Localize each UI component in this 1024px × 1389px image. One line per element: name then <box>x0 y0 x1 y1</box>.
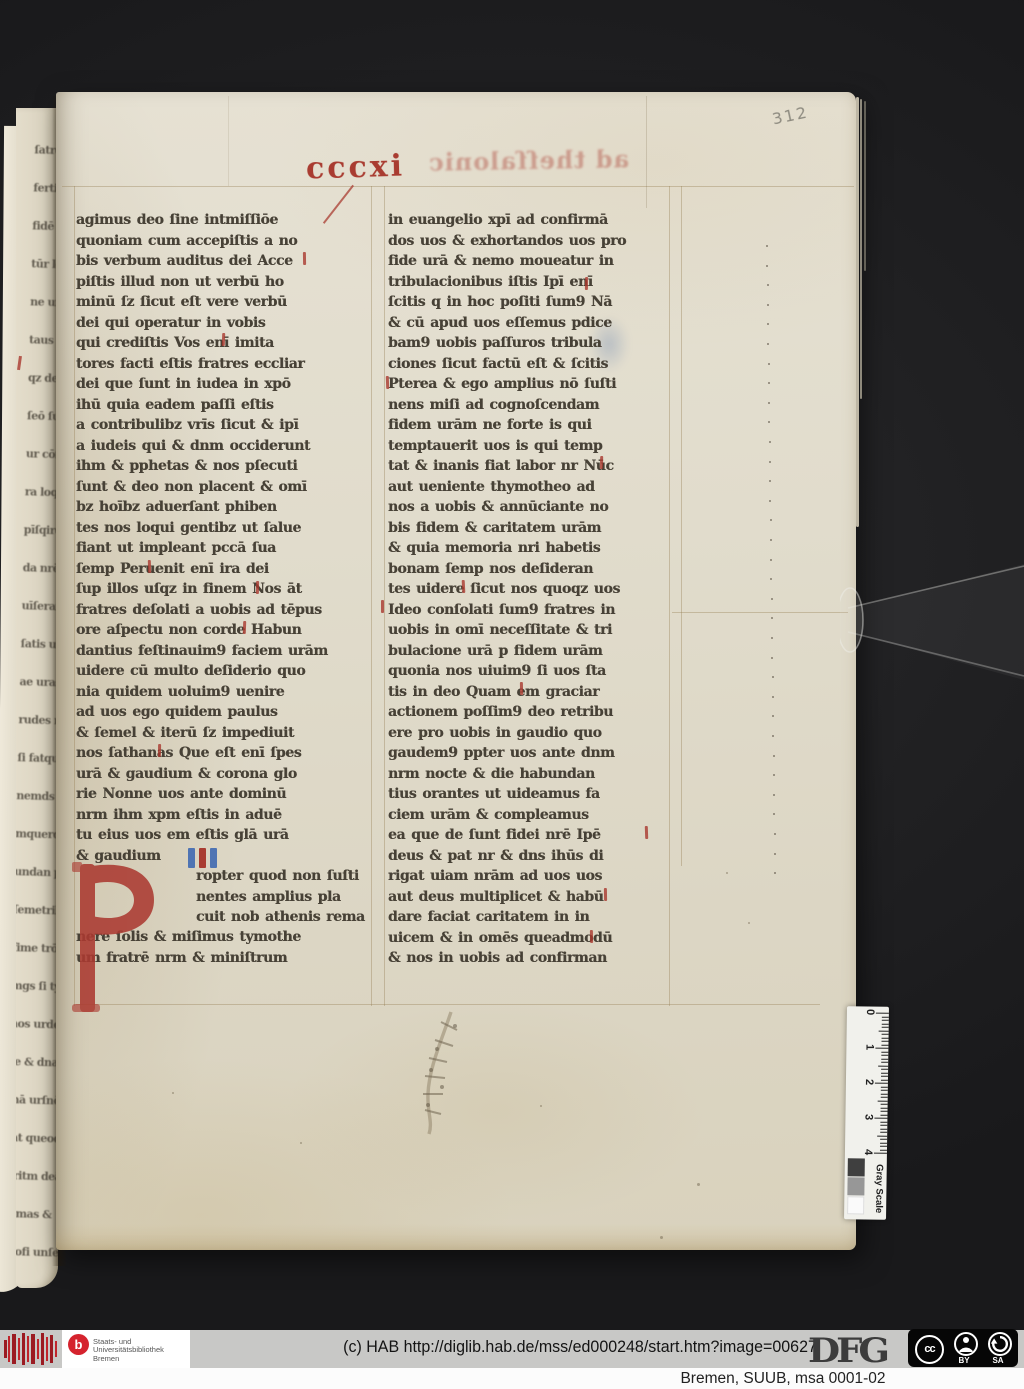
ruler-tick <box>880 1114 887 1115</box>
ruler-tick <box>881 1044 888 1045</box>
stitch-repair <box>395 1002 487 1144</box>
pricking-dot <box>772 676 774 678</box>
parchment-speck <box>748 922 750 924</box>
ruling-line <box>62 186 854 187</box>
ruler-tick <box>877 1135 887 1136</box>
dfg-logo: DFG <box>808 1330 886 1370</box>
ruler-tick <box>879 1030 889 1031</box>
ruler-tick <box>881 1086 888 1087</box>
barcode-bar <box>55 1341 57 1357</box>
fore-edge-strip <box>864 101 866 271</box>
ruler-tick <box>875 1048 888 1049</box>
library-logo-initial: b <box>68 1334 89 1355</box>
barcode-bar <box>37 1339 39 1359</box>
ruler-tick <box>880 1146 887 1147</box>
parchment-speck <box>660 1236 663 1239</box>
header-folio-numeral: cccxi <box>306 149 406 187</box>
pricking-dot <box>768 402 770 404</box>
ruler-tick <box>881 1079 888 1080</box>
ruler-tick <box>881 1051 888 1052</box>
parchment-speck <box>300 1142 302 1144</box>
copyright-text: (c) HAB http://diglib.hab.de/mss/ed00024… <box>338 1338 823 1357</box>
ruler-tick <box>880 1132 887 1133</box>
ruler-tick <box>878 1100 888 1101</box>
rubric-accent <box>158 744 161 757</box>
ruler-number: 3 <box>862 1114 874 1120</box>
rubric-accent <box>243 621 246 634</box>
barcode-bar <box>50 1335 53 1363</box>
ruler-tick <box>878 1065 888 1066</box>
barcode-bar <box>8 1336 10 1362</box>
sa-arrow-icon <box>988 1332 1012 1356</box>
parchment-speck <box>172 1092 174 1094</box>
ruler-tick <box>882 1037 889 1038</box>
pricking-dot <box>770 539 772 541</box>
pricking-dot <box>769 461 771 463</box>
barcode-bar <box>41 1333 44 1365</box>
pricking-dot <box>767 304 769 306</box>
fore-edge-strip <box>860 99 862 399</box>
rubric-accent <box>381 600 384 613</box>
ruler-tick <box>881 1107 888 1108</box>
pricking-dot <box>768 382 770 384</box>
chapter-marker-bar-blue <box>210 848 217 868</box>
ruling-line <box>681 186 682 866</box>
parchment-speck <box>726 872 728 874</box>
ruler-tick <box>874 1118 887 1119</box>
cc-icon: cc <box>915 1335 944 1364</box>
pricking-dot <box>766 245 768 247</box>
chapter-marker-bar-red <box>199 848 206 868</box>
sa-label: SA <box>986 1356 1010 1365</box>
ruler-tick <box>881 1058 888 1059</box>
ruler-tick <box>881 1076 888 1077</box>
pricking-dot <box>771 598 773 600</box>
footer-bar: b Staats- und Universitätsbibliothek Bre… <box>0 1330 1024 1368</box>
edge-rubric-mark <box>17 356 22 370</box>
ruler-tick <box>881 1041 888 1042</box>
fore-edge-strip <box>856 97 859 527</box>
chapter-initial-p <box>58 858 190 1016</box>
ruler-tick <box>880 1149 887 1150</box>
ruler-tick <box>881 1111 888 1112</box>
ruler-tick <box>881 1062 888 1063</box>
gray-scale-square-dark <box>848 1158 865 1176</box>
caption-bar: Bremen, SUUB, msa 0001-02 <box>0 1368 1024 1389</box>
parchment-speck <box>540 1105 542 1107</box>
ruler-tick <box>881 1104 888 1105</box>
manuscript-photo: ſatre pſō ferti ſine fidē mein tūr loqui… <box>0 0 1024 1389</box>
ruler-tick <box>880 1142 887 1143</box>
barcode-bar <box>4 1340 7 1358</box>
rubric-accent <box>256 581 259 594</box>
pricking-dot <box>773 774 775 776</box>
ruler-tick <box>876 1013 889 1014</box>
rubric-accent <box>222 333 225 346</box>
ruler-tick <box>881 1093 888 1094</box>
pricking-dot <box>768 363 770 365</box>
library-name: Staats- und Universitätsbibliothek Breme… <box>93 1338 164 1363</box>
chapter-marker-bars <box>188 848 217 868</box>
barcode-bar <box>27 1336 29 1362</box>
barcode-bar <box>46 1337 48 1361</box>
ruler-tick <box>882 1020 889 1021</box>
right-column-text: in euangelio xpī ad confirmā dos uos & e… <box>388 210 672 969</box>
page-holder-strip <box>840 556 1024 688</box>
rubric-accent <box>303 252 306 265</box>
rubric-accent <box>386 376 389 389</box>
pricking-dot <box>770 559 772 561</box>
gray-scale-square-mid <box>847 1177 864 1195</box>
ruler-tick <box>880 1121 887 1122</box>
ruler-tick <box>881 1055 888 1056</box>
gray-scale-square-light <box>847 1196 864 1214</box>
ruler-tick <box>882 1023 889 1024</box>
pricking-dot <box>771 637 773 639</box>
by-label: BY <box>952 1356 976 1365</box>
parchment-speck <box>697 1183 700 1186</box>
rubric-accent <box>645 826 648 839</box>
ruler-tick <box>880 1139 887 1140</box>
ruler-number: 1 <box>863 1044 875 1050</box>
ruler-number: 0 <box>864 1009 876 1015</box>
by-person-icon <box>954 1332 978 1356</box>
header-showthrough: ad theſſalonic <box>428 144 629 177</box>
rubric-accent <box>462 580 466 593</box>
ruler-tick <box>875 1083 888 1084</box>
ruler-number: 4 <box>862 1149 874 1155</box>
rubric-accent <box>604 888 607 901</box>
ruler-tick <box>880 1128 887 1129</box>
pricking-dot <box>767 284 769 286</box>
left-column-chapter-indent: ropter quod non ſuſti nentes amplius pla… <box>196 866 376 928</box>
ruler-tick <box>874 1153 887 1154</box>
parchment-crease <box>228 96 229 186</box>
ruler-number: 2 <box>863 1079 875 1085</box>
pricking-dot <box>774 833 776 835</box>
cc-license-badge: cc BY SA <box>908 1329 1018 1367</box>
rubric-accent <box>585 277 588 290</box>
pricking-dot <box>766 265 768 267</box>
color-ruler: Gray Scale 01234 <box>844 1006 889 1220</box>
rubric-accent <box>148 560 151 573</box>
caption-text: Bremen, SUUB, msa 0001-02 <box>623 1370 943 1388</box>
pricking-dot <box>774 853 776 855</box>
barcode-bar <box>18 1338 20 1360</box>
barcode-bar <box>22 1333 25 1365</box>
barcode-bar <box>12 1334 16 1364</box>
ruler-tick <box>882 1034 889 1035</box>
parchment-crease <box>646 96 647 208</box>
ruling-line <box>672 612 848 613</box>
pricking-dot <box>771 657 773 659</box>
rubric-accent <box>600 456 603 469</box>
gray-scale-label: Gray Scale <box>873 1158 885 1220</box>
left-column-text: agimus deo ſine intmiſſiōe quoniam cum a… <box>76 210 374 866</box>
pricking-dot <box>772 696 774 698</box>
barcode-bar <box>31 1334 35 1364</box>
rubric-accent <box>520 682 523 695</box>
ruling-line <box>384 186 385 1006</box>
ruler-tick <box>881 1069 888 1070</box>
ruler-tick <box>881 1097 888 1098</box>
library-barcode-logo <box>3 1333 59 1365</box>
page-bottom-stain <box>56 1224 856 1250</box>
ruler-tick <box>881 1090 888 1091</box>
ruler-tick <box>881 1072 888 1073</box>
pricking-dot <box>773 755 775 757</box>
ruler-tick <box>880 1125 887 1126</box>
rubric-accent <box>590 930 593 943</box>
ruler-tick <box>882 1027 889 1028</box>
ruler-tick <box>882 1016 889 1017</box>
library-logo: b Staats- und Universitätsbibliothek Bre… <box>62 1330 190 1368</box>
pricking-dot <box>769 441 771 443</box>
pricking-dot <box>773 794 775 796</box>
